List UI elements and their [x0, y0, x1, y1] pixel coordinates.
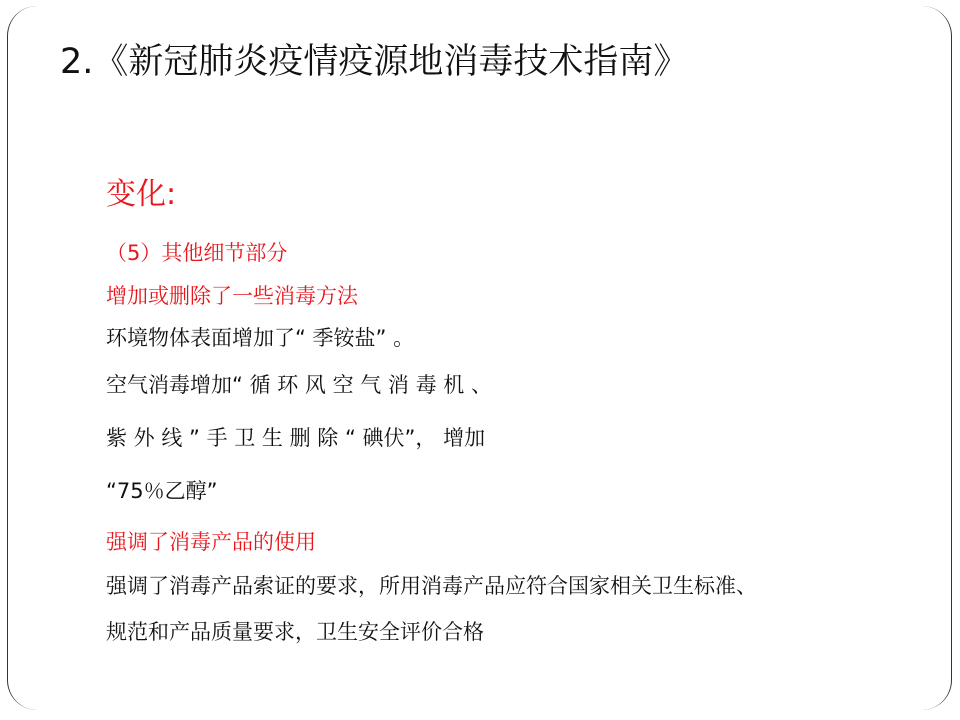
changes-heading: 变化:: [106, 175, 176, 215]
surface-disinfection-text: 环境物体表面增加了“ 季铵盐” 。: [106, 323, 414, 353]
frame-bottom-gap: [40, 706, 920, 720]
subsection-label: （5）其他细节部分: [106, 238, 287, 268]
slide-frame: [7, 6, 952, 710]
product-requirements-text-1: 强调了消毒产品索证的要求，所用消毒产品应符合国家相关卫生标准、: [106, 571, 757, 601]
slide-title: 2.《新冠肺炎疫情疫源地消毒技术指南》: [60, 38, 688, 86]
product-use-heading: 强调了消毒产品的使用: [106, 527, 316, 557]
ethanol-text: “75％乙醇”: [106, 476, 217, 506]
hand-hygiene-text: 紫 外 线 ” 手 卫 生 删 除 “ 碘伏”， 增加: [106, 423, 485, 453]
frame-top-gap: [40, 0, 920, 12]
methods-change-heading: 增加或删除了一些消毒方法: [106, 281, 358, 311]
air-disinfection-text: 空气消毒增加“ 循 环 风 空 气 消 毒 机 、: [106, 370, 492, 400]
product-requirements-text-2: 规范和产品质量要求，卫生安全评价合格: [106, 617, 484, 647]
